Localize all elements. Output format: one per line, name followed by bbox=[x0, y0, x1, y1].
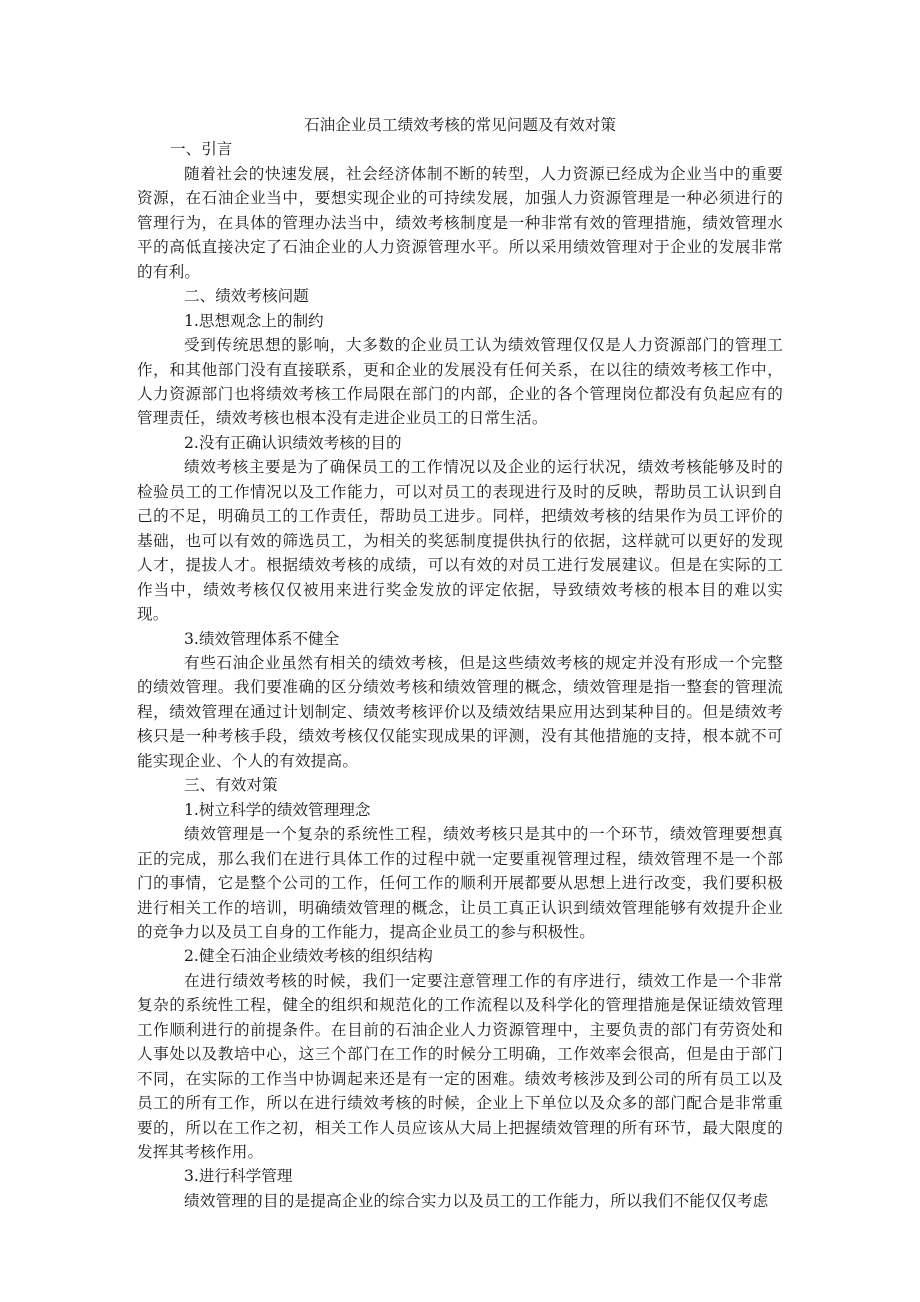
paragraph: 在进行绩效考核的时候，我们一定要注意管理工作的有序进行，绩效工作是一个非常复杂的… bbox=[137, 969, 783, 1165]
paragraph-intro: 随着社会的快速发展，社会经济体制不断的转型，人力资源已经成为企业当中的重要资源，… bbox=[137, 162, 783, 284]
section-heading-problems: 二、绩效考核问题 bbox=[137, 284, 783, 308]
paragraph: 受到传统思想的影响，大多数的企业员工认为绩效管理仅仅是人力资源部门的管理工作，和… bbox=[137, 333, 783, 431]
paragraph: 绩效管理的目的是提高企业的综合实力以及员工的工作能力，所以我们不能仅仅考虑 bbox=[137, 1189, 783, 1213]
subsection-heading: 3.绩效管理体系不健全 bbox=[137, 627, 783, 651]
subsection-heading: 1.思想观念上的制约 bbox=[137, 309, 783, 333]
paragraph: 绩效管理是一个复杂的系统性工程，绩效考核只是其中的一个环节，绩效管理要想真正的完… bbox=[137, 822, 783, 944]
subsection-heading: 1.树立科学的绩效管理理念 bbox=[137, 798, 783, 822]
section-heading-countermeasures: 三、有效对策 bbox=[137, 773, 783, 797]
subsection-heading: 3.进行科学管理 bbox=[137, 1164, 783, 1188]
document-page: 石油企业员工绩效考核的常见问题及有效对策 一、引言 随着社会的快速发展，社会经济… bbox=[137, 113, 783, 1213]
subsection-heading: 2.没有正确认识绩效考核的目的 bbox=[137, 431, 783, 455]
paragraph: 绩效考核主要是为了确保员工的工作情况以及企业的运行状况，绩效考核能够及时的检验员… bbox=[137, 455, 783, 626]
document-title: 石油企业员工绩效考核的常见问题及有效对策 bbox=[137, 113, 783, 137]
subsection-heading: 2.健全石油企业绩效考核的组织结构 bbox=[137, 944, 783, 968]
paragraph: 有些石油企业虽然有相关的绩效考核，但是这些绩效考核的规定并没有形成一个完整的绩效… bbox=[137, 651, 783, 773]
section-heading-intro: 一、引言 bbox=[137, 137, 783, 161]
